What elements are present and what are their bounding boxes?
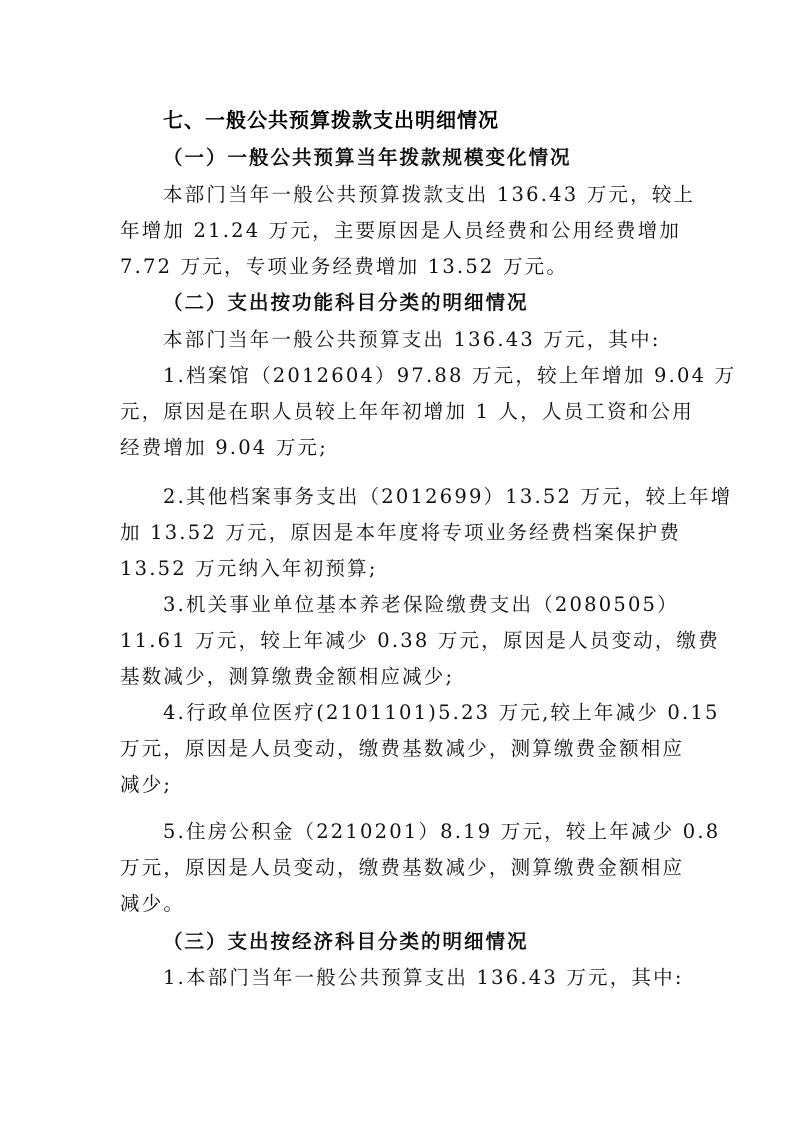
document-page: 七、一般公共预算拨款支出明细情况 （一）一般公共预算当年拨款规模变化情况 本部门…	[0, 0, 793, 1122]
paragraph-line: 7.72 万元，专项业务经费增加 13.52 万元。	[120, 255, 676, 279]
subsection-heading-3: （三）支出按经济科目分类的明细情况	[163, 930, 719, 954]
list-item-line: 13.52 万元纳入年初预算;	[120, 557, 676, 581]
paragraph-line: 1.本部门当年一般公共预算支出 136.43 万元，其中:	[163, 966, 676, 990]
list-item-line: 5.住房公积金（2210201）8.19 万元，较上年减少 0.8	[163, 820, 676, 844]
list-item-line: 4.行政单位医疗(2101101)5.23 万元,较上年减少 0.15	[163, 701, 676, 725]
list-item-line: 基数减少，测算缴费金额相应减少;	[120, 665, 676, 689]
list-item-line: 2.其他档案事务支出（2012699）13.52 万元，较上年增	[163, 485, 676, 509]
list-item-line: 减少;	[120, 773, 676, 797]
subsection-heading-2: （二）支出按功能科目分类的明细情况	[163, 291, 719, 315]
list-item-line: 11.61 万元，较上年减少 0.38 万元，原因是人员变动，缴费	[120, 629, 676, 653]
list-item-line: 3.机关事业单位基本养老保险缴费支出（2080505）	[163, 593, 676, 617]
subsection-heading-1: （一）一般公共预算当年拨款规模变化情况	[163, 146, 719, 170]
list-item-line: 万元，原因是人员变动，缴费基数减少，测算缴费金额相应	[120, 856, 676, 880]
list-item-line: 加 13.52 万元，原因是本年度将专项业务经费档案保护费	[120, 521, 676, 545]
paragraph-line: 本部门当年一般公共预算支出 136.43 万元，其中:	[163, 328, 676, 352]
list-item-line: 万元，原因是人员变动，缴费基数减少，测算缴费金额相应	[120, 737, 676, 761]
list-item-line: 经费增加 9.04 万元;	[120, 436, 676, 460]
list-item-line: 1.档案馆（2012604）97.88 万元，较上年增加 9.04 万	[163, 364, 676, 388]
list-item-line: 元，原因是在职人员较上年年初增加 1 人，人员工资和公用	[120, 400, 676, 424]
section-title: 七、一般公共预算拨款支出明细情况	[163, 108, 719, 132]
paragraph-line: 本部门当年一般公共预算拨款支出 136.43 万元，较上	[163, 183, 676, 207]
paragraph-line: 年增加 21.24 万元，主要原因是人员经费和公用经费增加	[120, 219, 676, 243]
list-item-line: 减少。	[120, 892, 676, 916]
